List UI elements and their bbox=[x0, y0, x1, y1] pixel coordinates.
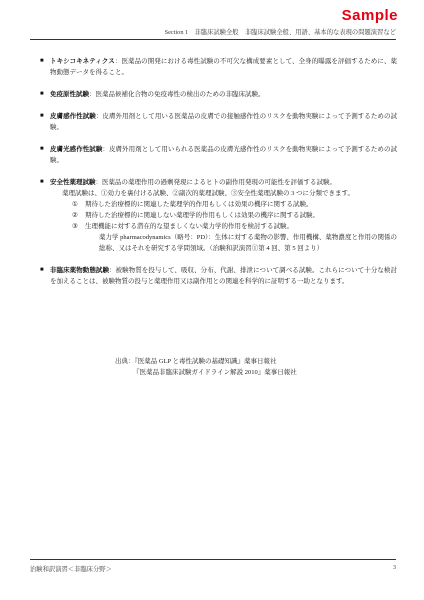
bullet-text: 免疫原性試験：医薬品候補化合物の免疫毒性の検出のための非臨床試験。 bbox=[50, 89, 397, 100]
bullet-item: ■免疫原性試験：医薬品候補化合物の免疫毒性の検出のための非臨床試験。 bbox=[40, 89, 397, 100]
bullet-text: 皮膚光感作性試験：皮膚外用剤として用いられる医薬品の皮膚光感作性のリスクを動物実… bbox=[50, 144, 397, 166]
page-footer: 治験和訳演習＜非臨床分野＞ 3 bbox=[30, 559, 396, 573]
bullet-item: ■皮膚感作性試験：皮膚外用剤として用いる医薬品の皮膚での接触感作性のリスクを動物… bbox=[40, 111, 397, 133]
numbered-item-text: 生理機能に対する潜在的な望ましくない薬力学的作用を検討する試験。薬力学 phar… bbox=[85, 221, 397, 254]
bullet-square-icon: ■ bbox=[40, 111, 50, 133]
source-line: 出典：『医薬品 GLP と毒性試験の基礎知識』薬事日報社 bbox=[115, 356, 297, 367]
bullet-item: ■トキシコキネティクス：医薬品の開発における毒性試験の不可欠な構成要素として、全… bbox=[40, 56, 397, 78]
numbered-list: ①期待した治療標的に関連した薬理学的作用もしくは効果の機序に関する試験。②期待し… bbox=[72, 199, 397, 254]
circled-number: ① bbox=[72, 199, 85, 210]
page-number: 3 bbox=[393, 564, 396, 573]
header-title: Section 1 非臨床試験全般 非臨床試験全般、用語、基本的な表現の問題演習… bbox=[30, 28, 396, 37]
document-page: Sample Section 1 非臨床試験全般 非臨床試験全般、用語、基本的な… bbox=[0, 0, 424, 600]
source-line: 『医薬品非臨床試験ガイドライン解説 2010』薬事日報社 bbox=[115, 367, 297, 378]
page-header: Section 1 非臨床試験全般 非臨床試験全般、用語、基本的な表現の問題演習… bbox=[30, 28, 396, 40]
bullet-text: 安全性薬理試験：医薬品の薬理作用の過剰発現によるヒトの副作用発現の可能性を評価す… bbox=[50, 177, 397, 254]
bullet-square-icon: ■ bbox=[40, 56, 50, 78]
bullet-term: 免疫原性試験 bbox=[50, 91, 89, 98]
bullet-square-icon: ■ bbox=[40, 144, 50, 166]
circled-number: ③ bbox=[72, 221, 85, 254]
numbered-item: ①期待した治療標的に関連した薬理学的作用もしくは効果の機序に関する試験。 bbox=[72, 199, 397, 210]
bullet-square-icon: ■ bbox=[40, 265, 50, 287]
bullet-term: トキシコキネティクス bbox=[50, 58, 115, 65]
footer-title: 治験和訳演習＜非臨床分野＞ bbox=[30, 564, 112, 573]
bullet-subparagraph: 薬理試験は、①効力を裏付ける試験、②副次的薬理試験、③安全性薬理試験の 3 つに… bbox=[62, 188, 397, 199]
bullet-term: 皮膚光感作性試験 bbox=[50, 146, 102, 153]
source-text: 『医薬品非臨床試験ガイドライン解説 2010』薬事日報社 bbox=[133, 369, 297, 376]
definition-note: 薬力学 pharmacodynamics（略号：PD）：生体に対する薬物の影響、… bbox=[99, 232, 397, 254]
source-text: 『医薬品 GLP と毒性試験の基礎知識』薬事日報社 bbox=[135, 358, 277, 365]
bullet-text: トキシコキネティクス：医薬品の開発における毒性試験の不可欠な構成要素として、全身… bbox=[50, 56, 397, 78]
numbered-item-text: 期待した治療標的に関連した薬理学的作用もしくは効果の機序に関する試験。 bbox=[85, 199, 397, 210]
sample-watermark: Sample bbox=[342, 7, 398, 24]
numbered-item: ②期待した治療標的に関連しない薬理学的作用もしくは効果の機序に関する試験。 bbox=[72, 210, 397, 221]
bullet-text: 非臨床薬物動態試験：被験物質を投与して、吸収、分布、代謝、排泄について調べる試験… bbox=[50, 265, 397, 287]
bullet-square-icon: ■ bbox=[40, 89, 50, 100]
content-area: ■トキシコキネティクス：医薬品の開発における毒性試験の不可欠な構成要素として、全… bbox=[40, 56, 397, 298]
bullet-term: 皮膚感作性試験 bbox=[50, 113, 96, 120]
circled-number: ② bbox=[72, 210, 85, 221]
bullet-item: ■非臨床薬物動態試験：被験物質を投与して、吸収、分布、代謝、排泄について調べる試… bbox=[40, 265, 397, 287]
numbered-item-text: 期待した治療標的に関連しない薬理学的作用もしくは効果の機序に関する試験。 bbox=[85, 210, 397, 221]
bullet-square-icon: ■ bbox=[40, 177, 50, 254]
bullet-term: 非臨床薬物動態試験 bbox=[50, 267, 109, 274]
source-block: 出典：『医薬品 GLP と毒性試験の基礎知識』薬事日報社 『医薬品非臨床試験ガイ… bbox=[115, 356, 297, 378]
source-label: 出典： bbox=[115, 358, 135, 365]
bullet-item: ■安全性薬理試験：医薬品の薬理作用の過剰発現によるヒトの副作用発現の可能性を評価… bbox=[40, 177, 397, 254]
bullet-text: 皮膚感作性試験：皮膚外用剤として用いる医薬品の皮膚での接触感作性のリスクを動物実… bbox=[50, 111, 397, 133]
numbered-item: ③生理機能に対する潜在的な望ましくない薬力学的作用を検討する試験。薬力学 pha… bbox=[72, 221, 397, 254]
bullet-item: ■皮膚光感作性試験：皮膚外用剤として用いられる医薬品の皮膚光感作性のリスクを動物… bbox=[40, 144, 397, 166]
bullet-term: 安全性薬理試験 bbox=[50, 179, 96, 186]
